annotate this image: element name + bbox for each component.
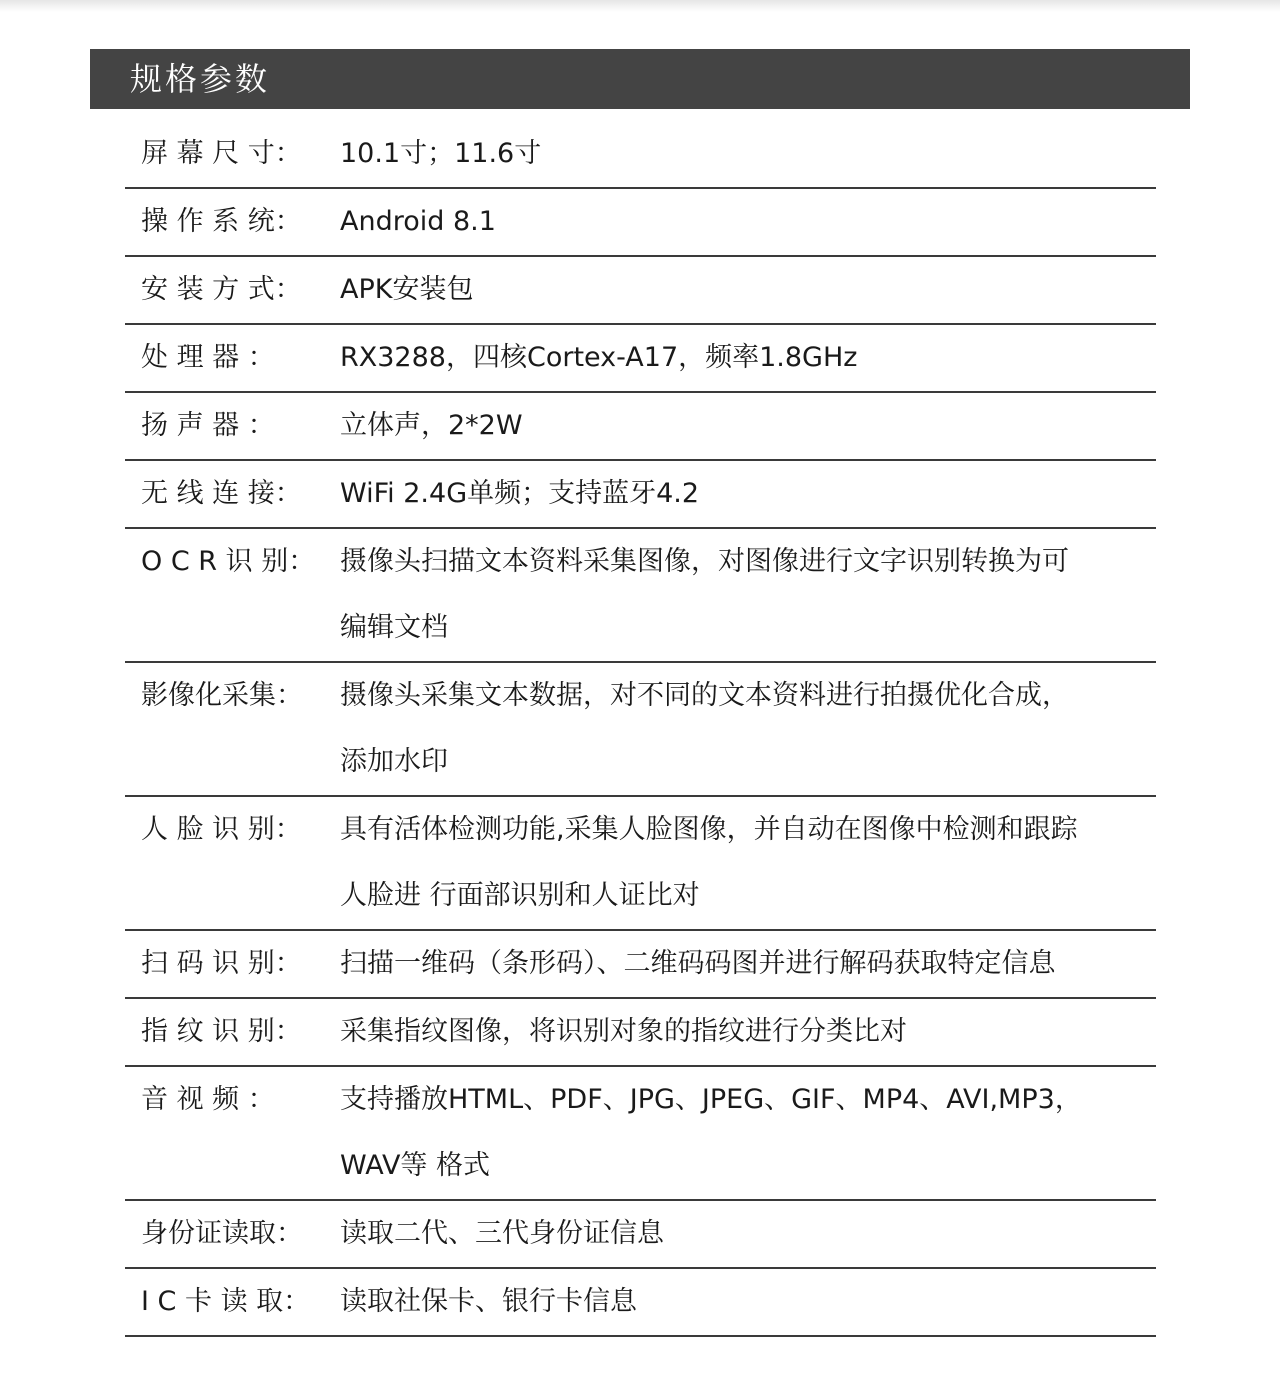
spec-row-processor: 处 理 器 ： RX3288，四核Cortex-A17，频率1.8GHz xyxy=(125,325,1156,393)
spec-value: 读取二代、三代身份证信息 xyxy=(340,1201,1156,1267)
spec-label: O C R 识 别： xyxy=(125,529,340,661)
spec-row-os: 操 作 系 统： Android 8.1 xyxy=(125,189,1156,257)
spec-row-speaker: 扬 声 器 ： 立体声，2*2W xyxy=(125,393,1156,461)
spec-row-wireless: 无 线 连 接： WiFi 2.4G单频；支持蓝牙4.2 xyxy=(125,461,1156,529)
spec-label: 扫 码 识 别： xyxy=(125,931,340,997)
spec-value: 读取社保卡、银行卡信息 xyxy=(340,1269,1156,1335)
spec-row-code-scan: 扫 码 识 别： 扫描一维码（条形码）、二维码码图并进行解码获取特定信息 xyxy=(125,931,1156,999)
spec-table: 屏 幕 尺 寸： 10.1寸；11.6寸 操 作 系 统： Android 8.… xyxy=(125,121,1156,1337)
spec-row-install: 安 装 方 式： APK安装包 xyxy=(125,257,1156,325)
spec-label: 安 装 方 式： xyxy=(125,257,340,323)
spec-value: 扫描一维码（条形码）、二维码码图并进行解码获取特定信息 xyxy=(340,931,1156,997)
spec-row-ic-card: I C 卡 读 取： 读取社保卡、银行卡信息 xyxy=(125,1269,1156,1337)
spec-row-screen-size: 屏 幕 尺 寸： 10.1寸；11.6寸 xyxy=(125,121,1156,189)
spec-label: 屏 幕 尺 寸： xyxy=(125,121,340,187)
spec-label: 扬 声 器 ： xyxy=(125,393,340,459)
spec-row-face-recognition: 人 脸 识 别： 具有活体检测功能,采集人脸图像，并自动在图像中检测和跟踪 人脸… xyxy=(125,797,1156,931)
spec-value: 采集指纹图像，将识别对象的指纹进行分类比对 xyxy=(340,999,1156,1065)
spec-value: 立体声，2*2W xyxy=(340,393,1156,459)
spec-value: APK安装包 xyxy=(340,257,1156,323)
spec-label: 指 纹 识 别： xyxy=(125,999,340,1065)
spec-label: 处 理 器 ： xyxy=(125,325,340,391)
spec-label: 操 作 系 统： xyxy=(125,189,340,255)
spec-value: 具有活体检测功能,采集人脸图像，并自动在图像中检测和跟踪 人脸进 行面部识别和人… xyxy=(340,797,1156,929)
spec-value: 10.1寸；11.6寸 xyxy=(340,121,1156,187)
spec-label: 身份证读取： xyxy=(125,1201,340,1267)
spec-value: 摄像头扫描文本资料采集图像，对图像进行文字识别转换为可 编辑文档 xyxy=(340,529,1156,661)
spec-row-id-card: 身份证读取： 读取二代、三代身份证信息 xyxy=(125,1201,1156,1269)
spec-value: WiFi 2.4G单频；支持蓝牙4.2 xyxy=(340,461,1156,527)
spec-value: Android 8.1 xyxy=(340,189,1156,255)
spec-value: 摄像头采集文本数据，对不同的文本资料进行拍摄优化合成， 添加水印 xyxy=(340,663,1156,795)
spec-value: 支持播放HTML、PDF、JPG、JPEG、GIF、MP4、AVI,MP3， W… xyxy=(340,1067,1156,1199)
spec-row-image-capture: 影像化采集： 摄像头采集文本数据，对不同的文本资料进行拍摄优化合成， 添加水印 xyxy=(125,663,1156,797)
spec-label: 音 视 频 ： xyxy=(125,1067,340,1199)
section-header: 规格参数 xyxy=(90,49,1190,109)
spec-row-fingerprint: 指 纹 识 别： 采集指纹图像，将识别对象的指纹进行分类比对 xyxy=(125,999,1156,1067)
spec-value: RX3288，四核Cortex-A17，频率1.8GHz xyxy=(340,325,1156,391)
spec-label: I C 卡 读 取： xyxy=(125,1269,340,1335)
section-title: 规格参数 xyxy=(130,59,270,99)
spec-row-audio-video: 音 视 频 ： 支持播放HTML、PDF、JPG、JPEG、GIF、MP4、AV… xyxy=(125,1067,1156,1201)
spec-label: 无 线 连 接： xyxy=(125,461,340,527)
spec-label: 影像化采集： xyxy=(125,663,340,795)
spec-label: 人 脸 识 别： xyxy=(125,797,340,929)
top-shadow xyxy=(0,0,1280,12)
spec-row-ocr: O C R 识 别： 摄像头扫描文本资料采集图像，对图像进行文字识别转换为可 编… xyxy=(125,529,1156,663)
